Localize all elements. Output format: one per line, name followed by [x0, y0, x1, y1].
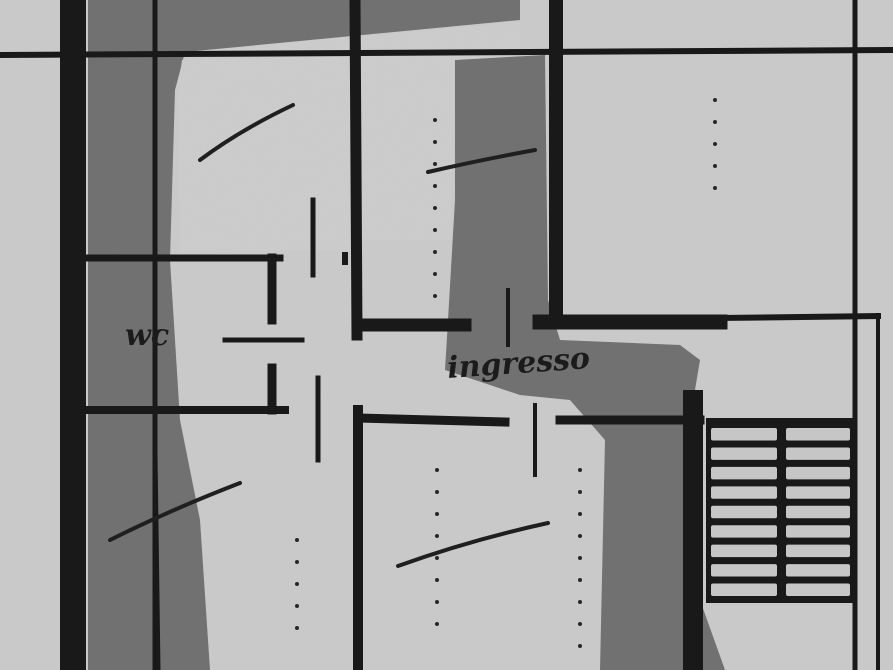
- floor-plan: ingresso wc: [0, 0, 893, 670]
- floor-plan-drawing: ingresso wc: [0, 0, 893, 670]
- paper-grain: [0, 0, 893, 670]
